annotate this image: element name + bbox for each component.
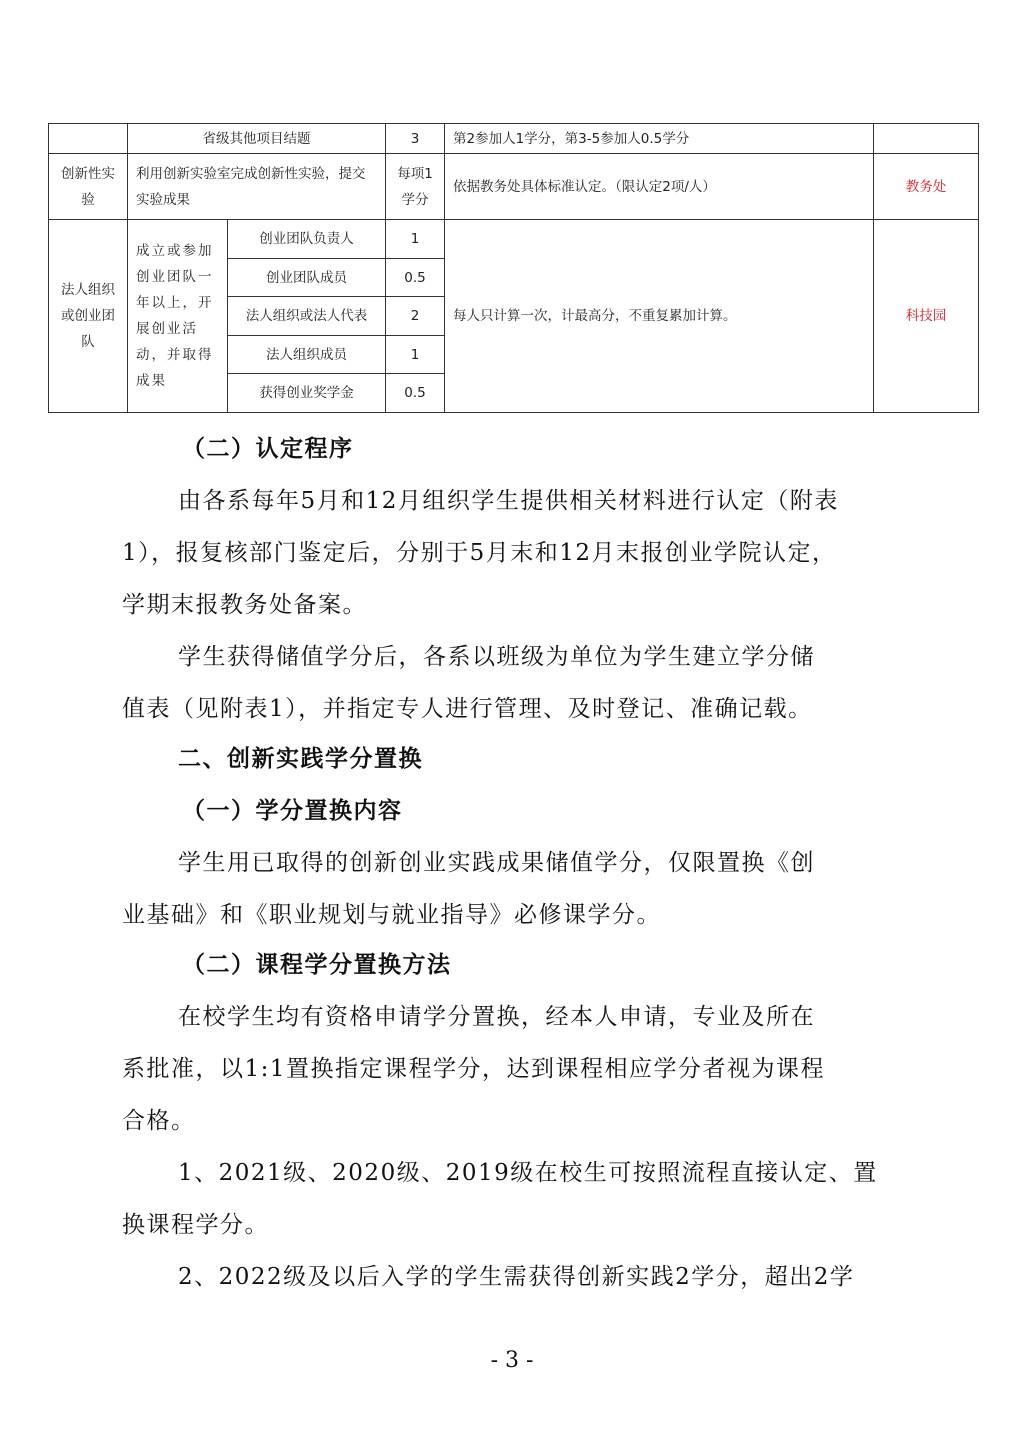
paragraph-line: 1、2021级、2020级、2019级在校生可按照流程直接认定、置 — [178, 1154, 878, 1187]
credit-cell: 2 — [386, 297, 445, 336]
credit-cell: 每项1学分 — [386, 154, 445, 220]
dept-cell — [874, 124, 979, 154]
credit-cell: 3 — [386, 124, 445, 154]
paragraph-line: 学期末报教务处备案。 — [122, 586, 367, 619]
document-page: 省级其他项目结题 3 第2参加人1学分，第3-5参加人0.5学分 创新性实验 利… — [0, 0, 1024, 1449]
paragraph-line: 学生获得储值学分后，各系以班级为单位为学生建立学分储 — [178, 638, 815, 671]
paragraph-line: 学生用已取得的创新创业实践成果储值学分，仅限置换《创 — [178, 844, 815, 877]
table-row: 省级其他项目结题 3 第2参加人1学分，第3-5参加人0.5学分 — [49, 124, 979, 154]
subitem-cell: 法人组织成员 — [228, 336, 386, 374]
subitem-cell: 获得创业奖学金 — [228, 374, 386, 413]
table-row: 法人组织或创业团队 成立或参加创业团队一年以上，开展创业活动，并取得成果 创业团… — [49, 220, 979, 259]
paragraph-line: 业基础》和《职业规划与就业指导》必修课学分。 — [122, 896, 661, 929]
rule-cell: 依据教务处具体标准认定。（限认定2项/人） — [445, 154, 874, 220]
page-number: - 3 - — [0, 1348, 1024, 1373]
credit-cell: 0.5 — [386, 259, 445, 297]
credit-cell: 1 — [386, 220, 445, 259]
dept-cell: 科技园 — [874, 220, 979, 413]
heading-section-2: 二、创新实践学分置换 — [178, 740, 423, 773]
rule-cell: 第2参加人1学分，第3-5参加人0.5学分 — [445, 124, 874, 154]
category-cell: 法人组织或创业团队 — [49, 220, 128, 413]
heading-procedure: （二）认定程序 — [182, 430, 354, 463]
credit-cell: 0.5 — [386, 374, 445, 413]
condition-cell: 成立或参加创业团队一年以上，开展创业活动，并取得成果 — [128, 220, 228, 413]
credit-cell: 1 — [386, 336, 445, 374]
paragraph-line: 1），报复核部门鉴定后，分别于5月末和12月末报创业学院认定， — [122, 534, 837, 567]
paragraph-line: 在校学生均有资格申请学分置换，经本人申请，专业及所在 — [178, 998, 815, 1031]
subitem-cell: 创业团队成员 — [228, 259, 386, 297]
subitem-cell: 法人组织或法人代表 — [228, 297, 386, 336]
credit-table: 省级其他项目结题 3 第2参加人1学分，第3-5参加人0.5学分 创新性实验 利… — [48, 123, 979, 413]
heading-replace-method: （二）课程学分置换方法 — [182, 946, 452, 979]
heading-replace-content: （一）学分置换内容 — [182, 792, 403, 825]
rule-cell: 每人只计算一次，计最高分，不重复累加计算。 — [445, 220, 874, 413]
table-row: 创新性实验 利用创新实验室完成创新性实验，提交实验成果 每项1学分 依据教务处具… — [49, 154, 979, 220]
paragraph-line: 换课程学分。 — [122, 1206, 269, 1239]
paragraph-line: 由各系每年5月和12月组织学生提供相关材料进行认定（附表 — [178, 482, 839, 515]
paragraph-line: 2、2022级及以后入学的学生需获得创新实践2学分，超出2学 — [178, 1258, 854, 1291]
item-cell: 省级其他项目结题 — [128, 124, 386, 154]
item-cell: 利用创新实验室完成创新性实验，提交实验成果 — [128, 154, 386, 220]
category-cell: 创新性实验 — [49, 154, 128, 220]
category-cell — [49, 124, 128, 154]
subitem-cell: 创业团队负责人 — [228, 220, 386, 259]
dept-cell: 教务处 — [874, 154, 979, 220]
paragraph-line: 系批准，以1:1置换指定课程学分，达到课程相应学分者视为课程 — [122, 1050, 825, 1083]
paragraph-line: 合格。 — [122, 1102, 196, 1135]
paragraph-line: 值表（见附表1），并指定专人进行管理、及时登记、准确记载。 — [122, 690, 813, 723]
